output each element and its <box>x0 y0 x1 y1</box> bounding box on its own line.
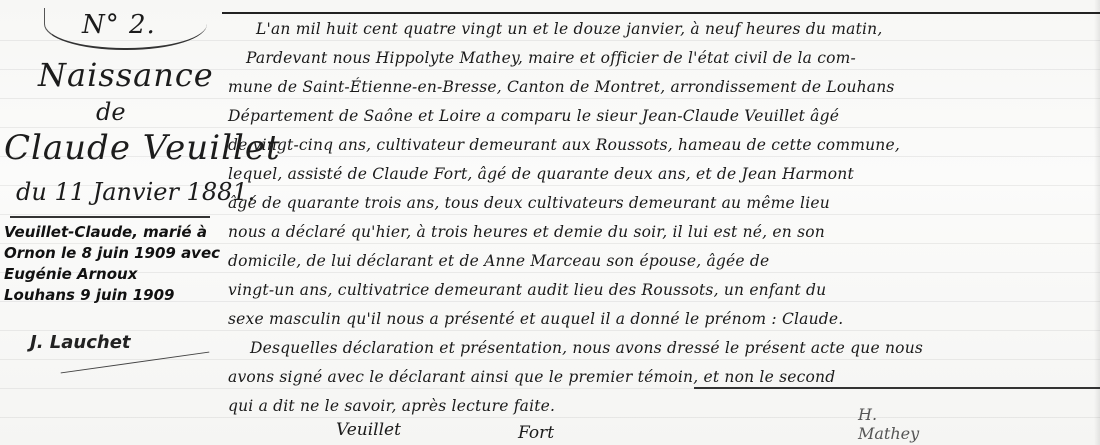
annotation-signature-flourish <box>61 352 210 374</box>
record-type-preposition: de <box>96 98 126 126</box>
scanned-register-page: N° 2. Naissance de Claude Veuillet du 11… <box>0 0 1100 445</box>
body-line: vingt-un ans, cultivatrice demeurant aud… <box>228 281 826 299</box>
record-date: du 11 Janvier 1881. <box>16 178 255 206</box>
body-line: avons signé avec le déclarant ainsi que … <box>228 368 835 386</box>
annotation-line: Eugénie Arnoux <box>4 264 224 285</box>
body-line: Desquelles déclaration et présentation, … <box>250 339 923 357</box>
body-line: domicile, de lui déclarant et de Anne Ma… <box>228 252 769 270</box>
page-edge-shadow <box>1094 0 1100 445</box>
annotation-signature: J. Lauchet <box>30 332 131 353</box>
body-line: Pardevant nous Hippolyte Mathey, maire e… <box>246 49 856 67</box>
body-line: âgé de quarante trois ans, tous deux cul… <box>228 194 830 212</box>
annotation-line: Veuillet-Claude, marié à <box>4 222 224 243</box>
signature-witness: Fort <box>518 423 554 443</box>
body-line: Département de Saône et Loire a comparu … <box>228 107 839 125</box>
signature-mayor: H. Mathey <box>858 405 919 443</box>
body-line: sexe masculin qu'il nous a présenté et a… <box>228 310 843 328</box>
act-number: N° 2. <box>82 10 156 40</box>
top-divider <box>222 12 1100 14</box>
body-line: de vingt-cinq ans, cultivateur demeurant… <box>228 136 900 154</box>
body-line: mune de Saint-Étienne-en-Bresse, Canton … <box>228 78 895 96</box>
body-line: L'an mil huit cent quatre vingt un et le… <box>256 20 882 38</box>
record-type-title: Naissance <box>38 56 214 94</box>
marriage-annotation: Veuillet-Claude, marié à Ornon le 8 juin… <box>4 222 224 306</box>
body-line: qui a dit ne le savoir, après lecture fa… <box>228 397 555 415</box>
annotation-line: Ornon le 8 juin 1909 avec <box>4 243 224 264</box>
margin-column: N° 2. Naissance de Claude Veuillet du 11… <box>0 0 225 445</box>
body-line: nous a déclaré qu'hier, à trois heures e… <box>228 223 825 241</box>
margin-divider <box>10 216 210 218</box>
signature-declarant: Veuillet <box>336 420 401 440</box>
annotation-line: Louhans 9 juin 1909 <box>4 285 224 306</box>
body-line: lequel, assisté de Claude Fort, âgé de q… <box>228 165 854 183</box>
closing-divider <box>694 387 1100 389</box>
